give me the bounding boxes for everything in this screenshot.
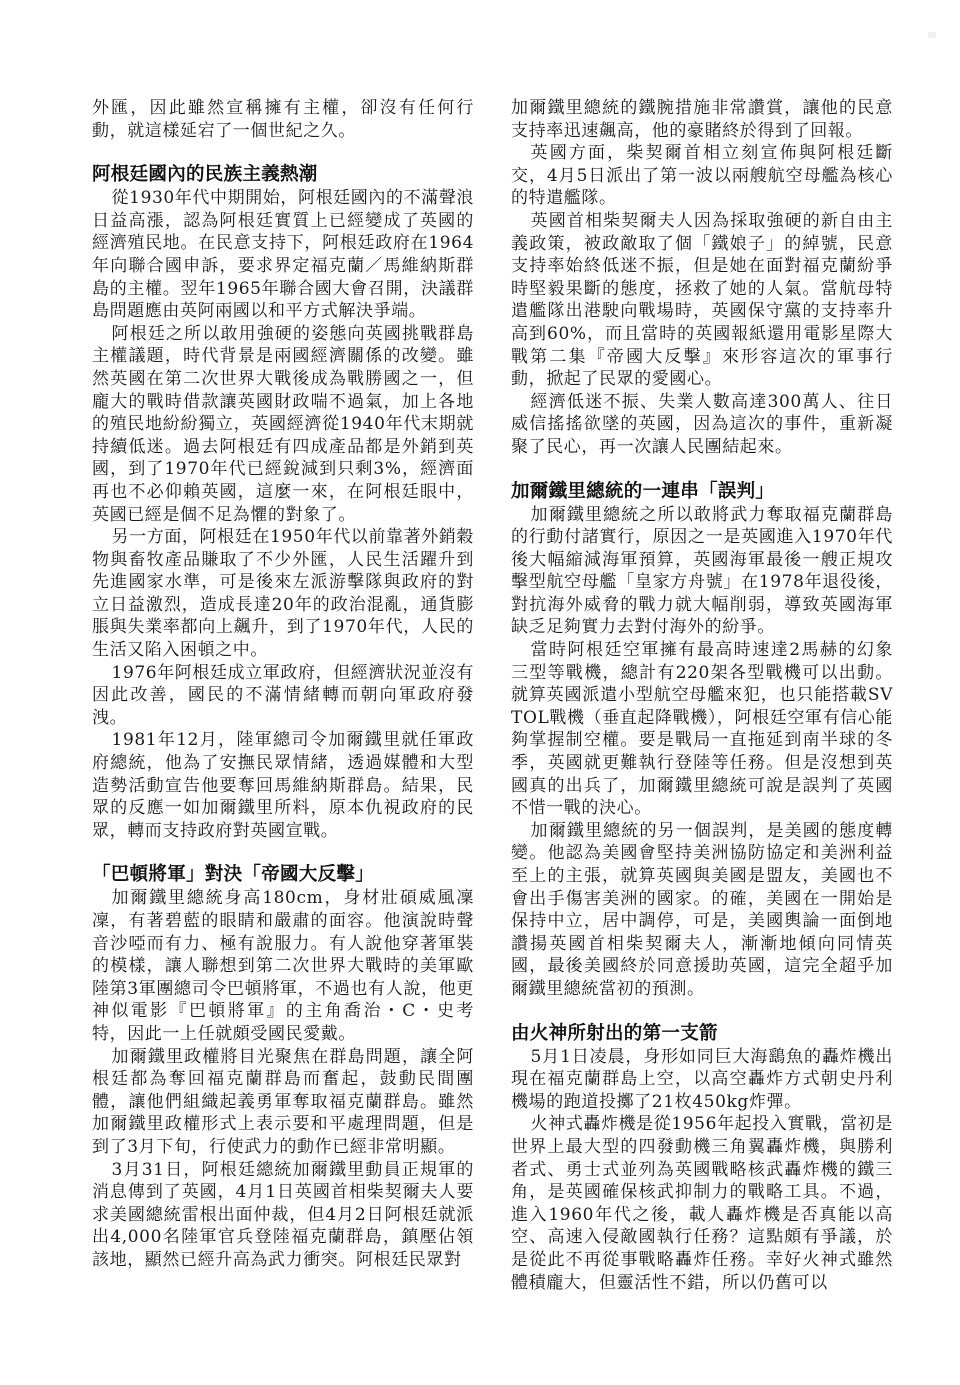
page-corner-mark	[928, 32, 936, 38]
body-paragraph: 加爾鐵里總統身高180cm，身材壯碩威風凜凜，有著碧藍的眼睛和嚴肅的面容。他演說…	[92, 887, 474, 1045]
right-column: 加爾鐵里總統的鐵腕措施非常讚賞，讓他的民意支持率迅速飆高，他的豪賭終於得到了回報…	[511, 97, 893, 1294]
body-paragraph: 加爾鐵里政權將目光聚焦在群島問題，讓全阿根廷都為奪回福克蘭群島而奮起，鼓動民間團…	[92, 1046, 474, 1159]
body-paragraph: 當時阿根廷空軍擁有最高時速達2馬赫的幻象三型等戰機，總計有220架各型戰機可以出…	[511, 639, 893, 820]
document-page: 外匯，因此雖然宣稱擁有主權，卻沒有任何行動，就這樣延宕了一個世紀之久。 阿根廷國…	[0, 0, 960, 1385]
body-paragraph: 另一方面，阿根廷在1950年代以前靠著外銷穀物與畜牧產品賺取了不少外匯，人民生活…	[92, 526, 474, 662]
body-paragraph: 1976年阿根廷成立軍政府，但經濟狀況並沒有因此改善，國民的不滿情緒轉而朝向軍政…	[92, 662, 474, 730]
section-heading-nationalism: 阿根廷國內的民族主義熱潮	[92, 163, 474, 187]
body-paragraph: 1981年12月，陸軍總司令加爾鐵里就任軍政府總統，他為了安撫民眾情緒，透過媒體…	[92, 729, 474, 842]
section-heading-misjudgments: 加爾鐵里總統的一連串「誤判」	[511, 480, 893, 504]
section-heading-patton-vs-empire: 「巴頓將軍」對決「帝國大反擊」	[92, 863, 474, 887]
body-paragraph: 3月31日，阿根廷總統加爾鐵里動員正規軍的消息傳到了英國，4月1日英國首相柴契爾…	[92, 1159, 474, 1272]
body-paragraph: 阿根廷之所以敢用強硬的姿態向英國挑戰群島主權議題，時代背景是兩國經濟關係的改變。…	[92, 323, 474, 526]
body-paragraph: 從1930年代中期開始，阿根廷國內的不滿聲浪日益高漲，認為阿根廷實質上已經變成了…	[92, 187, 474, 323]
body-paragraph: 英國方面，柴契爾首相立刻宣佈與阿根廷斷交，4月5日派出了第一波以兩艘航空母艦為核…	[511, 142, 893, 210]
body-paragraph: 加爾鐵里總統的另一個誤判，是美國的態度轉變。他認為美國會堅持美洲協防協定和美洲利…	[511, 820, 893, 1001]
body-paragraph: 經濟低迷不振、失業人數高達300萬人、往日威信搖搖欲墜的英國，因為這次的事件，重…	[511, 391, 893, 459]
continued-paragraph: 外匯，因此雖然宣稱擁有主權，卻沒有任何行動，就這樣延宕了一個世紀之久。	[92, 97, 474, 142]
body-paragraph: 加爾鐵里總統之所以敢將武力奪取福克蘭群島的行動付諸實行，原因之一是英國進入197…	[511, 504, 893, 640]
section-heading-vulcan-first-arrow: 由火神所射出的第一支箭	[511, 1022, 893, 1046]
body-paragraph: 火神式轟炸機是從1956年起投入實戰，當初是世界上最大型的四發動機三角翼轟炸機，…	[511, 1113, 893, 1294]
body-paragraph: 英國首相柴契爾夫人因為採取強硬的新自由主義政策，被政敵取了個「鐵娘子」的綽號，民…	[511, 210, 893, 391]
body-paragraph: 5月1日凌晨，身形如同巨大海鷂魚的轟炸機出現在福克蘭群島上空，以高空轟炸方式朝史…	[511, 1046, 893, 1114]
continued-paragraph: 加爾鐵里總統的鐵腕措施非常讚賞，讓他的民意支持率迅速飆高，他的豪賭終於得到了回報…	[511, 97, 893, 142]
left-column: 外匯，因此雖然宣稱擁有主權，卻沒有任何行動，就這樣延宕了一個世紀之久。 阿根廷國…	[92, 97, 474, 1272]
